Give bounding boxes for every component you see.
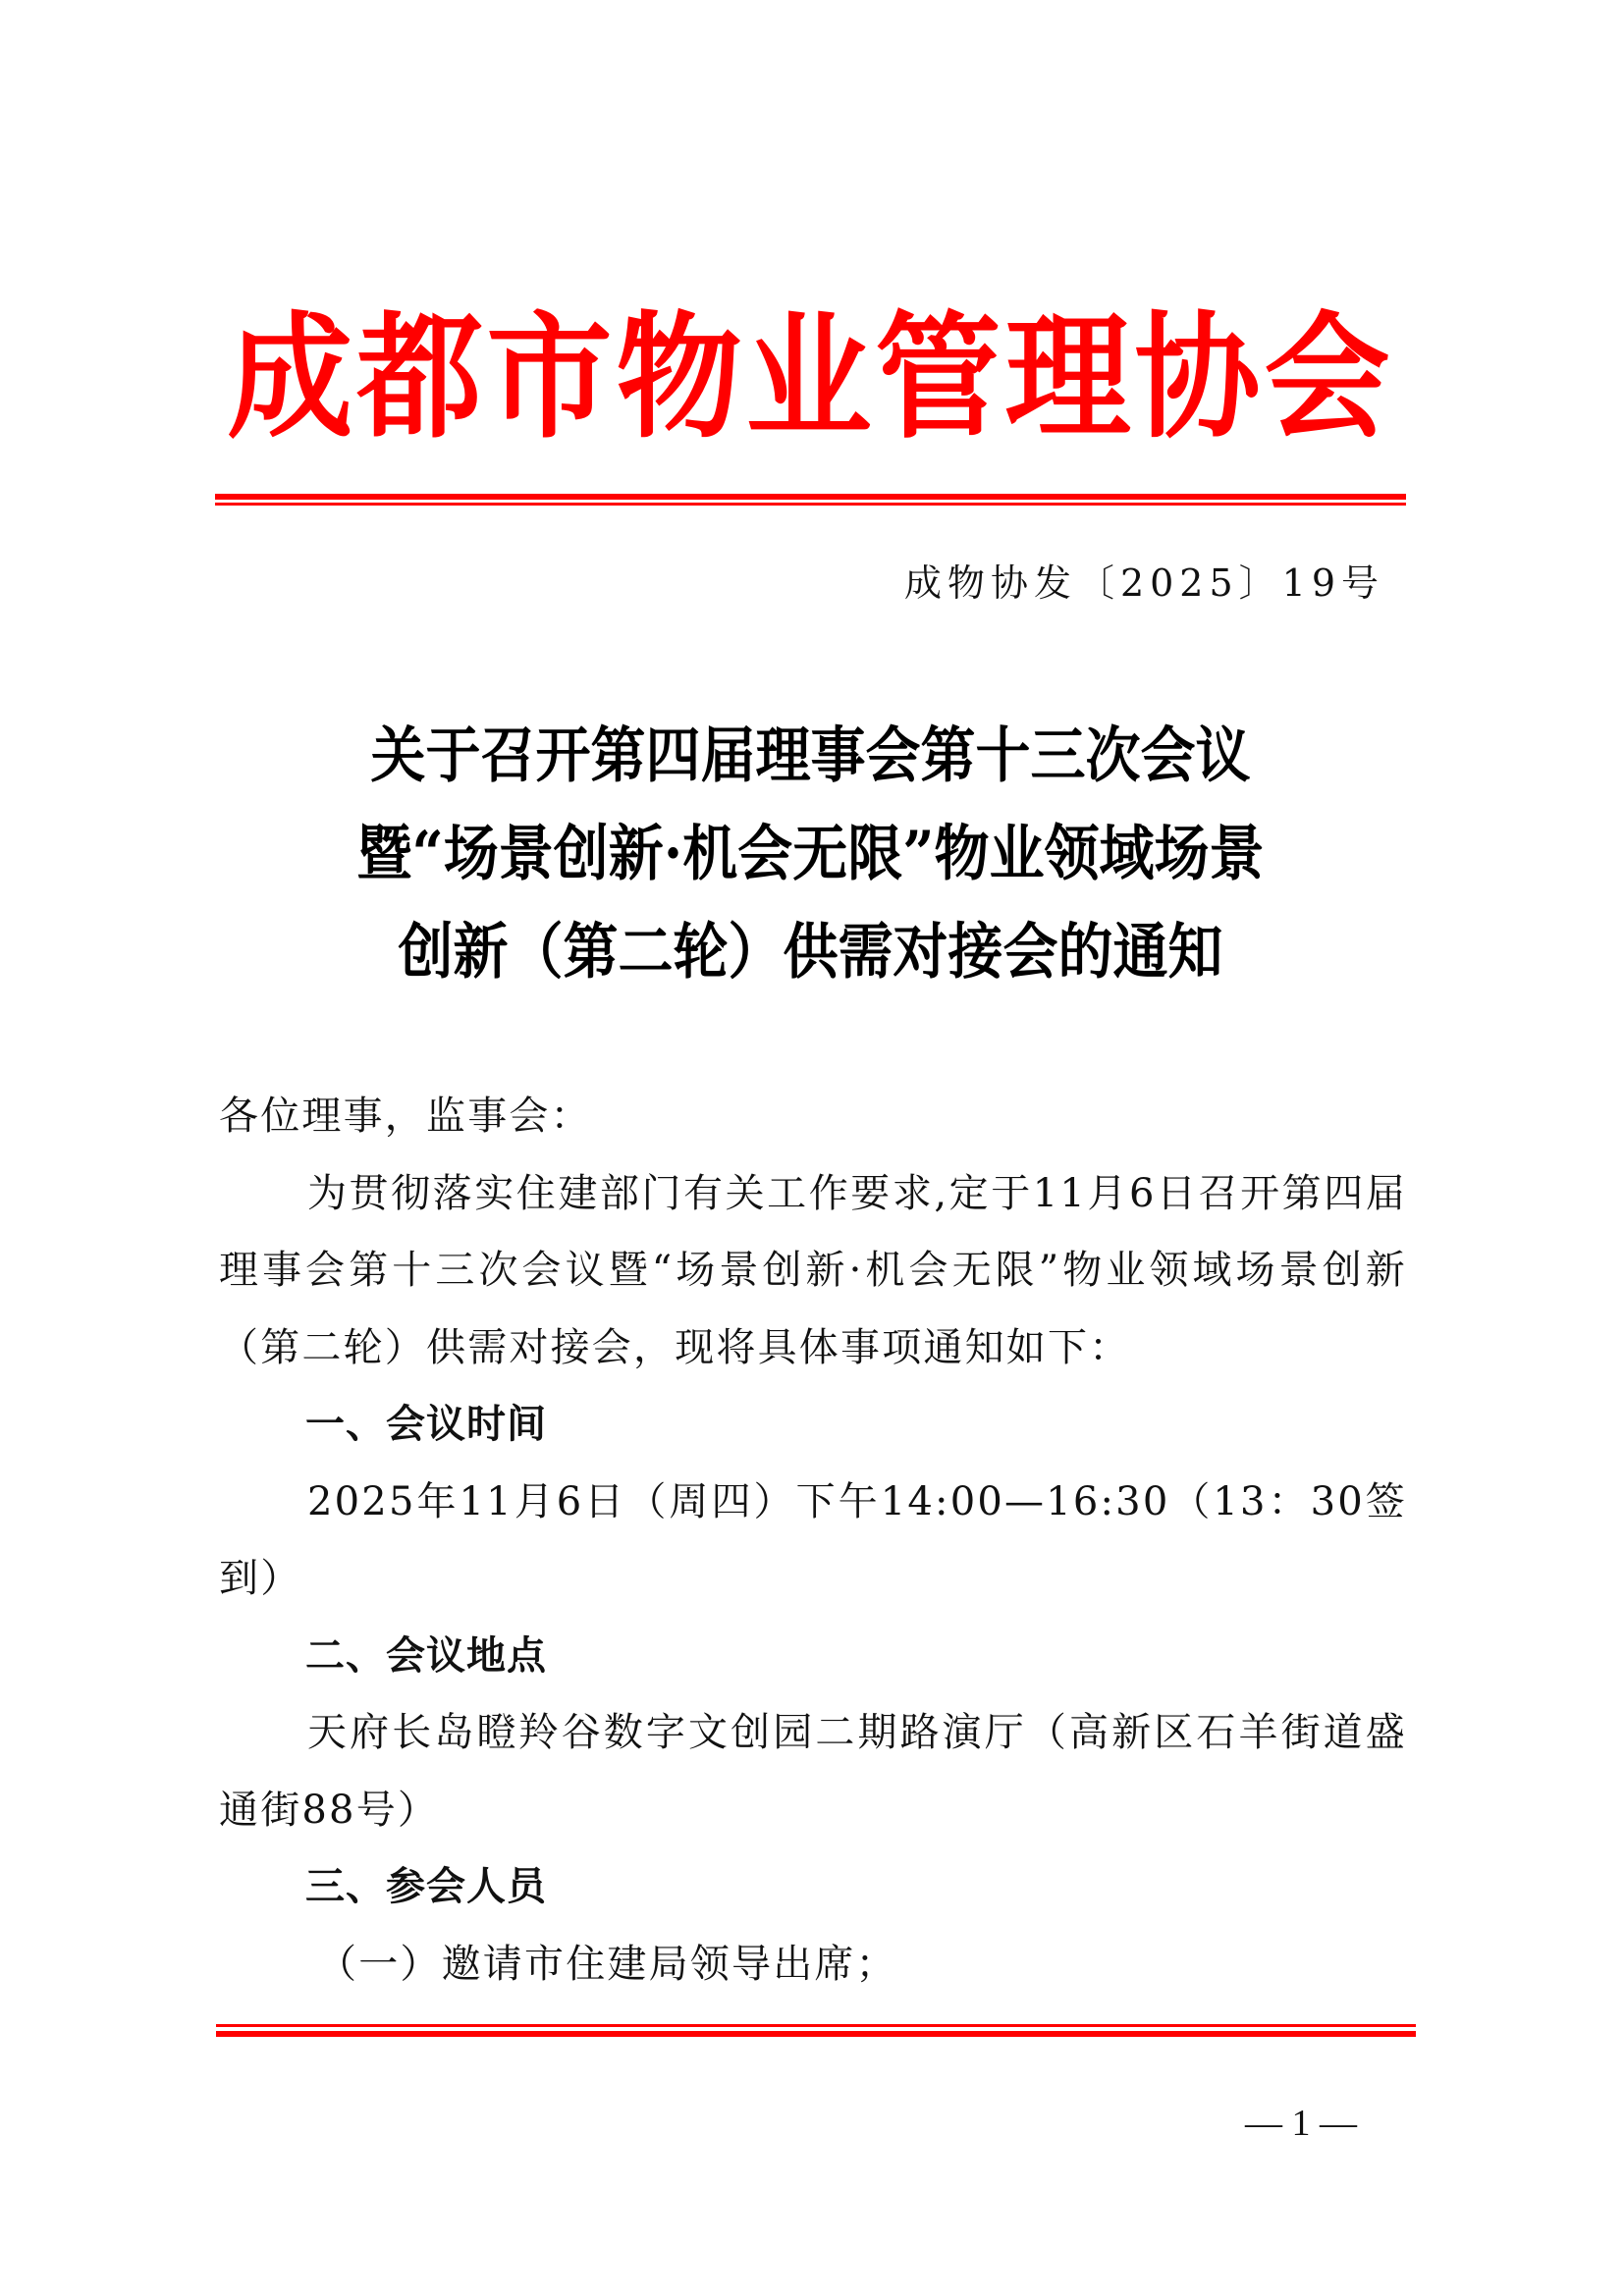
meeting-location-paragraph: 天府长岛瞪羚谷数字文创园二期路演厅（高新区石羊街道盛通街88号）	[219, 1694, 1407, 1848]
page-number: — 1 —	[1227, 2099, 1375, 2148]
section-heading-time: 一、会议时间	[219, 1386, 1407, 1464]
title-line-3: 创新（第二轮）供需对接会的通知	[215, 913, 1406, 1021]
footer-rule-thin	[216, 2024, 1416, 2027]
meeting-time-paragraph: 2025年11月6日（周四）下午14:00—16:30（13：30签到）	[219, 1464, 1407, 1618]
header-rule-thick	[215, 494, 1406, 500]
document-body: 各位理事，监事会： 为贯彻落实住建部门有关工作要求,定于11月6日召开第四届理事…	[219, 1078, 1407, 2002]
title-line-1: 关于召开第四届理事会第十三次会议	[215, 717, 1406, 825]
document-number: 成物协发〔2025〕19号	[904, 556, 1384, 611]
title-line-2: 暨“场景创新·机会无限”物业领域场景	[215, 815, 1406, 923]
organization-heading: 成都市物业管理协会	[215, 288, 1406, 468]
section-heading-location: 二、会议地点	[219, 1618, 1407, 1695]
section-heading-attendees: 三、参会人员	[219, 1848, 1407, 1926]
header-rule-thin	[215, 503, 1406, 506]
attendees-item-1: （一）邀请市住建局领导出席；	[219, 1926, 1407, 2003]
document-page: 成都市物业管理协会 成物协发〔2025〕19号 关于召开第四届理事会第十三次会议…	[0, 0, 1624, 2296]
salutation: 各位理事，监事会：	[219, 1078, 1407, 1155]
intro-paragraph: 为贯彻落实住建部门有关工作要求,定于11月6日召开第四届理事会第十三次会议暨“场…	[219, 1155, 1407, 1387]
document-title: 关于召开第四届理事会第十三次会议 暨“场景创新·机会无限”物业领域场景 创新（第…	[215, 717, 1406, 1011]
footer-rule-thick	[216, 2031, 1416, 2037]
